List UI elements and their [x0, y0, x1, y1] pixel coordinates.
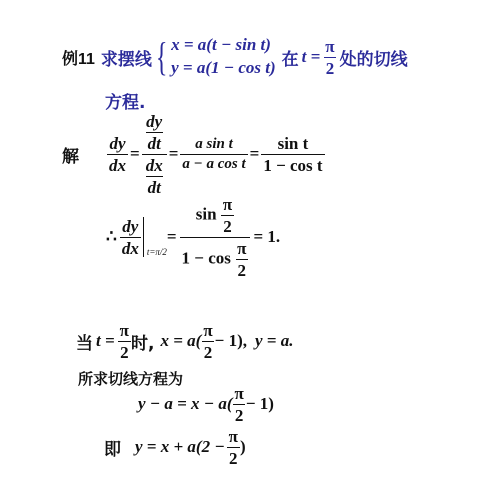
pi-text: π	[235, 240, 248, 259]
solution-label: 解	[62, 142, 79, 167]
pi-numerator: π	[323, 38, 336, 57]
example-prompt-suffix: 处的切线	[340, 45, 408, 70]
pi-over-two: π 2	[227, 428, 240, 467]
dy-text: dy	[144, 113, 164, 132]
eq2-start: y = x + a(2 −	[135, 437, 225, 457]
point-coordinates: 当 t = π 2 时, x = a( π 2 − 1), y = a.	[76, 318, 294, 364]
example-prompt-line2: 方程.	[105, 88, 145, 113]
y-expression: y = a.	[255, 331, 293, 351]
pi-text: π	[118, 322, 131, 341]
x-expression-start: x = a(	[160, 331, 201, 351]
two-text: 2	[233, 404, 246, 424]
shi-text: 时,	[131, 329, 154, 354]
eq1-start: y − a = x − a(	[138, 394, 233, 414]
evaluation-result: = 1.	[253, 227, 280, 247]
left-brace-icon: {	[156, 37, 168, 77]
one-minus-cos-t: 1 − cos t	[261, 154, 324, 174]
dt-text: dt	[146, 176, 163, 196]
ji-text: 即	[104, 435, 121, 460]
dx-text: dx	[107, 154, 128, 174]
dy-text: dy	[107, 135, 127, 154]
evaluation-bar: t=π/2	[143, 217, 164, 257]
dx-text: dx	[120, 237, 141, 257]
two-text: 2	[202, 341, 215, 361]
pi-text: π	[221, 196, 234, 215]
sin-pi-half: sin π2	[194, 196, 236, 237]
two-text: 2	[236, 259, 249, 279]
dx-text: dx	[144, 157, 165, 176]
example-prompt-prefix: 求摆线	[101, 45, 152, 70]
chain-numerator: dydt	[142, 113, 166, 154]
eq2-end: )	[240, 437, 246, 457]
pi-denominator: 2	[324, 57, 337, 77]
sin-over-one-minus-cos: sin t 1 − cos t	[261, 135, 324, 174]
system-line-y: y = a(1 − cos t)	[171, 57, 276, 80]
dy-text: dy	[120, 218, 140, 237]
a-sin-t: a sin t	[193, 137, 235, 154]
pi-text: π	[233, 385, 246, 404]
dy-dx-fraction: dy dx	[120, 218, 141, 257]
pi-over-two: π 2	[118, 322, 131, 361]
eq1-end: − 1)	[246, 394, 274, 414]
one-minus-cos-text: 1 − cos	[182, 248, 231, 267]
pi-over-two: π 2	[323, 38, 336, 77]
equals-sign: =	[169, 144, 179, 164]
a-minus-a-cos-t: a − a cos t	[180, 154, 247, 172]
two-text: 2	[118, 341, 131, 361]
therefore-symbol: ∴	[106, 227, 117, 247]
solution-derivative: 解 dy dx = dydt dxdt = a sin t a − a cos …	[62, 112, 325, 196]
two-text: 2	[227, 447, 240, 467]
tangent-equation: y − a = x − a( π 2 − 1)	[138, 382, 274, 426]
dt-text: dt	[146, 132, 163, 152]
t-equals: t =	[96, 331, 115, 351]
sin-t: sin t	[276, 135, 311, 154]
t-equals: t =	[302, 47, 321, 67]
parametric-system: x = a(t − sin t) y = a(1 − cos t)	[171, 34, 276, 80]
dang-text: 当	[76, 329, 93, 354]
dy-dx-fraction: dy dx	[107, 135, 128, 174]
evaluation-subscript: t=π/2	[147, 247, 167, 257]
equals-sign: =	[250, 144, 260, 164]
pi-text: π	[201, 322, 214, 341]
sin-cos-fraction: sin π2 1 − cos π2	[180, 196, 251, 279]
at-text: 在	[282, 45, 299, 70]
derivative-evaluation: ∴ dy dx t=π/2 = sin π2 1 − cos π2 = 1.	[106, 198, 280, 276]
two-text: 2	[221, 215, 234, 235]
a-sin-fraction: a sin t a − a cos t	[180, 137, 247, 172]
pi-over-two: π 2	[233, 385, 246, 424]
example-statement: 例11 求摆线 { x = a(t − sin t) y = a(1 − cos…	[62, 35, 408, 79]
one-minus-cos-pi-half: 1 − cos π2	[180, 237, 251, 279]
example-label: 例11	[62, 46, 95, 69]
chain-rule-fraction: dydt dxdt	[142, 113, 167, 196]
pi-text: π	[227, 428, 240, 447]
system-line-x: x = a(t − sin t)	[171, 34, 276, 57]
sin-text: sin	[196, 204, 217, 223]
x-expression-end: − 1),	[215, 331, 247, 351]
tangent-equation-simplified: 即 y = x + a(2 − π 2 )	[104, 424, 246, 470]
pi-over-two: π 2	[201, 322, 214, 361]
equals-sign: =	[130, 144, 140, 164]
chain-denominator: dxdt	[142, 154, 167, 196]
